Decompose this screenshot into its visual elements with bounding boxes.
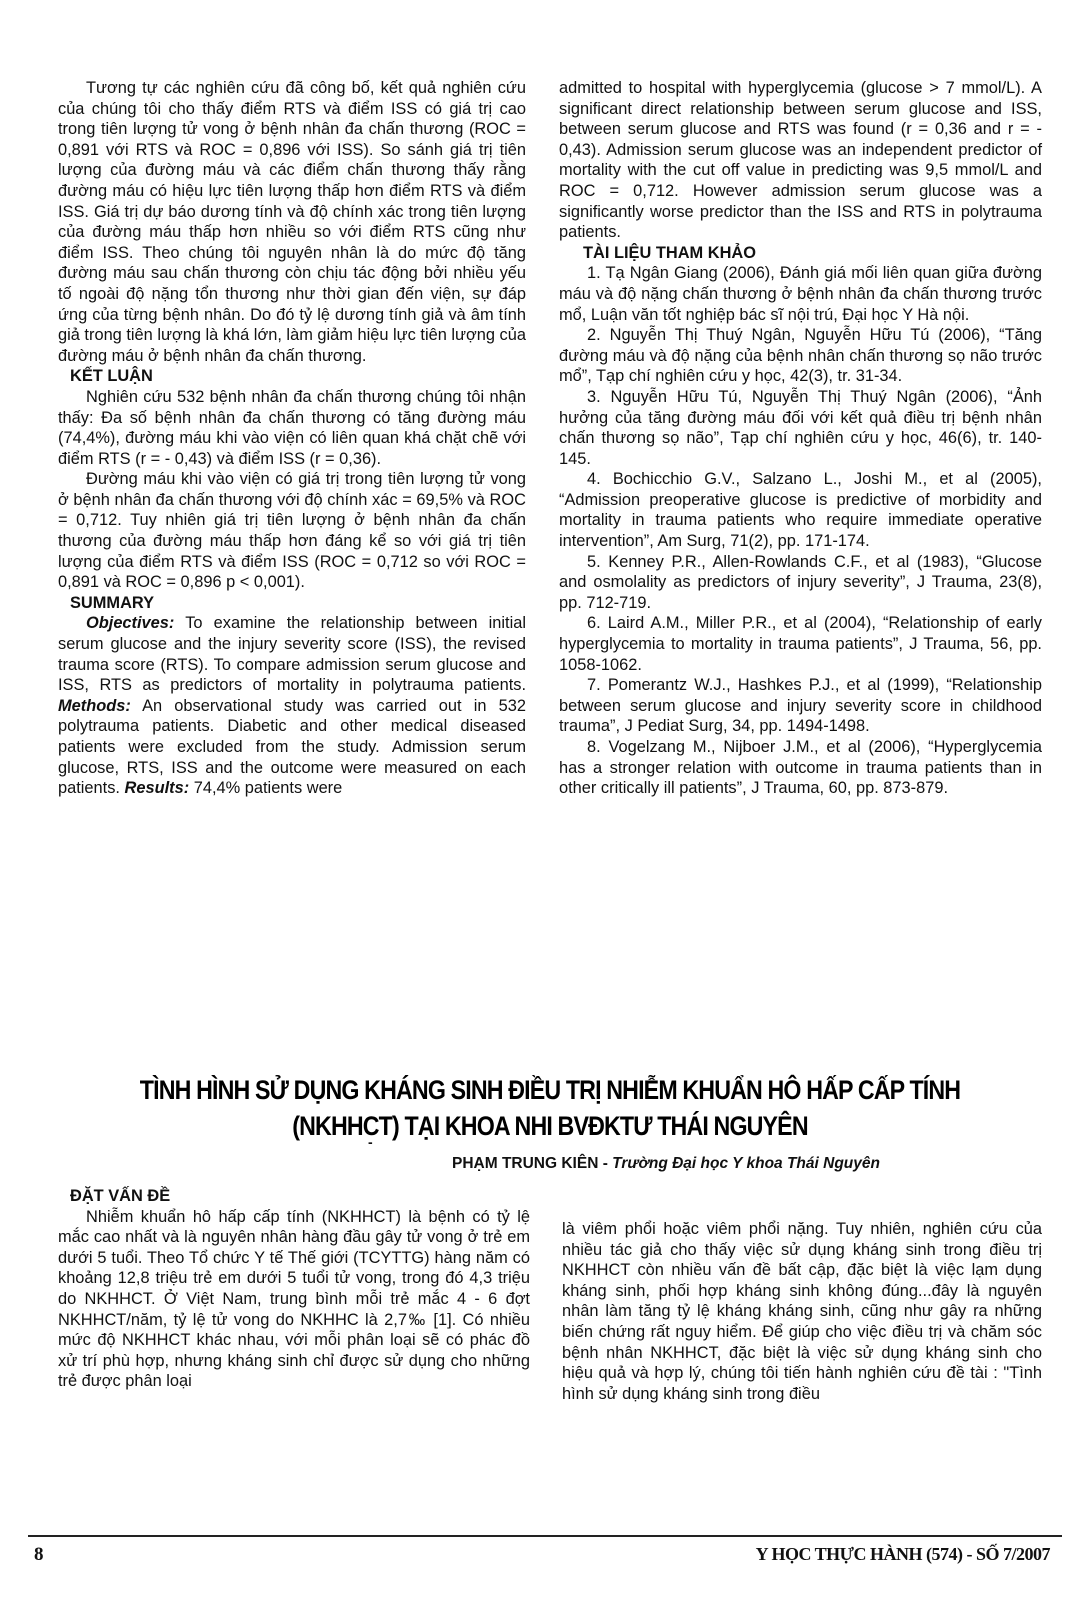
conclusion-heading: KẾT LUẬN — [58, 366, 526, 387]
decorative-mark: - — [368, 1134, 373, 1150]
title-line-2: (NKHHCT) TẠI KHOA NHI BVĐKTƯ THÁI NGUYÊN — [129, 1108, 972, 1144]
reference-item: 2. Nguyễn Thị Thuý Ngân, Nguyễn Hữu Tú (… — [559, 325, 1042, 387]
summary-heading: SUMMARY — [58, 593, 526, 614]
reference-item: 3. Nguyễn Hữu Tú, Nguyễn Thị Thuý Ngân (… — [559, 387, 1042, 469]
intro-paragraph-right: là viêm phổi hoặc viêm phổi nặng. Tuy nh… — [562, 1219, 1042, 1404]
article1-left-column: Tương tự các nghiên cứu đã công bố, kết … — [58, 78, 526, 799]
footer-divider — [28, 1535, 1062, 1537]
references-heading: TÀI LIỆU THAM KHẢO — [559, 243, 1042, 264]
methods-label: Methods: — [58, 697, 131, 715]
intro-heading: ĐẶT VẤN ĐỀ — [58, 1186, 530, 1207]
reference-item: 7. Pomerantz W.J., Hashkes P.J., et al (… — [559, 675, 1042, 737]
reference-item: 1. Tạ Ngân Giang (2006), Đánh giá mối li… — [559, 263, 1042, 325]
reference-item: 4. Bochicchio G.V., Salzano L., Joshi M.… — [559, 469, 1042, 551]
conclusion-paragraph-1: Nghiên cứu 532 bệnh nhân đa chấn thương … — [58, 387, 526, 469]
references-list: 1. Tạ Ngân Giang (2006), Đánh giá mối li… — [559, 263, 1042, 798]
summary-paragraph: Objectives: To examine the relationship … — [58, 613, 526, 798]
article2-right-column: là viêm phổi hoặc viêm phổi nặng. Tuy nh… — [562, 1219, 1042, 1404]
journal-name: Y HỌC THỰC HÀNH (574) - SỐ 7/2007 — [756, 1544, 1050, 1565]
reference-item: 5. Kenney P.R., Allen-Rowlands C.F., et … — [559, 552, 1042, 614]
discussion-paragraph: Tương tự các nghiên cứu đã công bố, kết … — [58, 78, 526, 366]
article2-left-column: ĐẶT VẤN ĐỀ Nhiễm khuẩn hô hấp cấp tính (… — [58, 1186, 530, 1392]
intro-paragraph-left: Nhiễm khuẩn hô hấp cấp tính (NKHHCT) là … — [58, 1207, 530, 1392]
summary-continued: admitted to hospital with hyperglycemia … — [559, 78, 1042, 243]
article1-right-column: admitted to hospital with hyperglycemia … — [559, 78, 1042, 799]
author-byline: PHẠM TRUNG KIÊN - Trường Đại học Y khoa … — [452, 1155, 1052, 1173]
title-line-1: TÌNH HÌNH SỬ DỤNG KHÁNG SINH ĐIỀU TRỊ NH… — [129, 1072, 972, 1108]
page-number: 8 — [34, 1544, 44, 1566]
reference-item: 8. Vogelzang M., Nijboer J.M., et al (20… — [559, 737, 1042, 799]
author-name: PHẠM TRUNG KIÊN - — [452, 1155, 612, 1172]
author-affiliation: Trường Đại học Y khoa Thái Nguyên — [612, 1155, 880, 1172]
reference-item: 6. Laird A.M., Miller P.R., et al (2004)… — [559, 613, 1042, 675]
article2-title: TÌNH HÌNH SỬ DỤNG KHÁNG SINH ĐIỀU TRỊ NH… — [129, 1072, 972, 1144]
results-label: Results: — [125, 779, 190, 797]
conclusion-paragraph-2: Đường máu khi vào viện có giá trị trong … — [58, 469, 526, 593]
results-text: 74,4% patients were — [189, 779, 342, 797]
objectives-label: Objectives: — [86, 614, 174, 632]
